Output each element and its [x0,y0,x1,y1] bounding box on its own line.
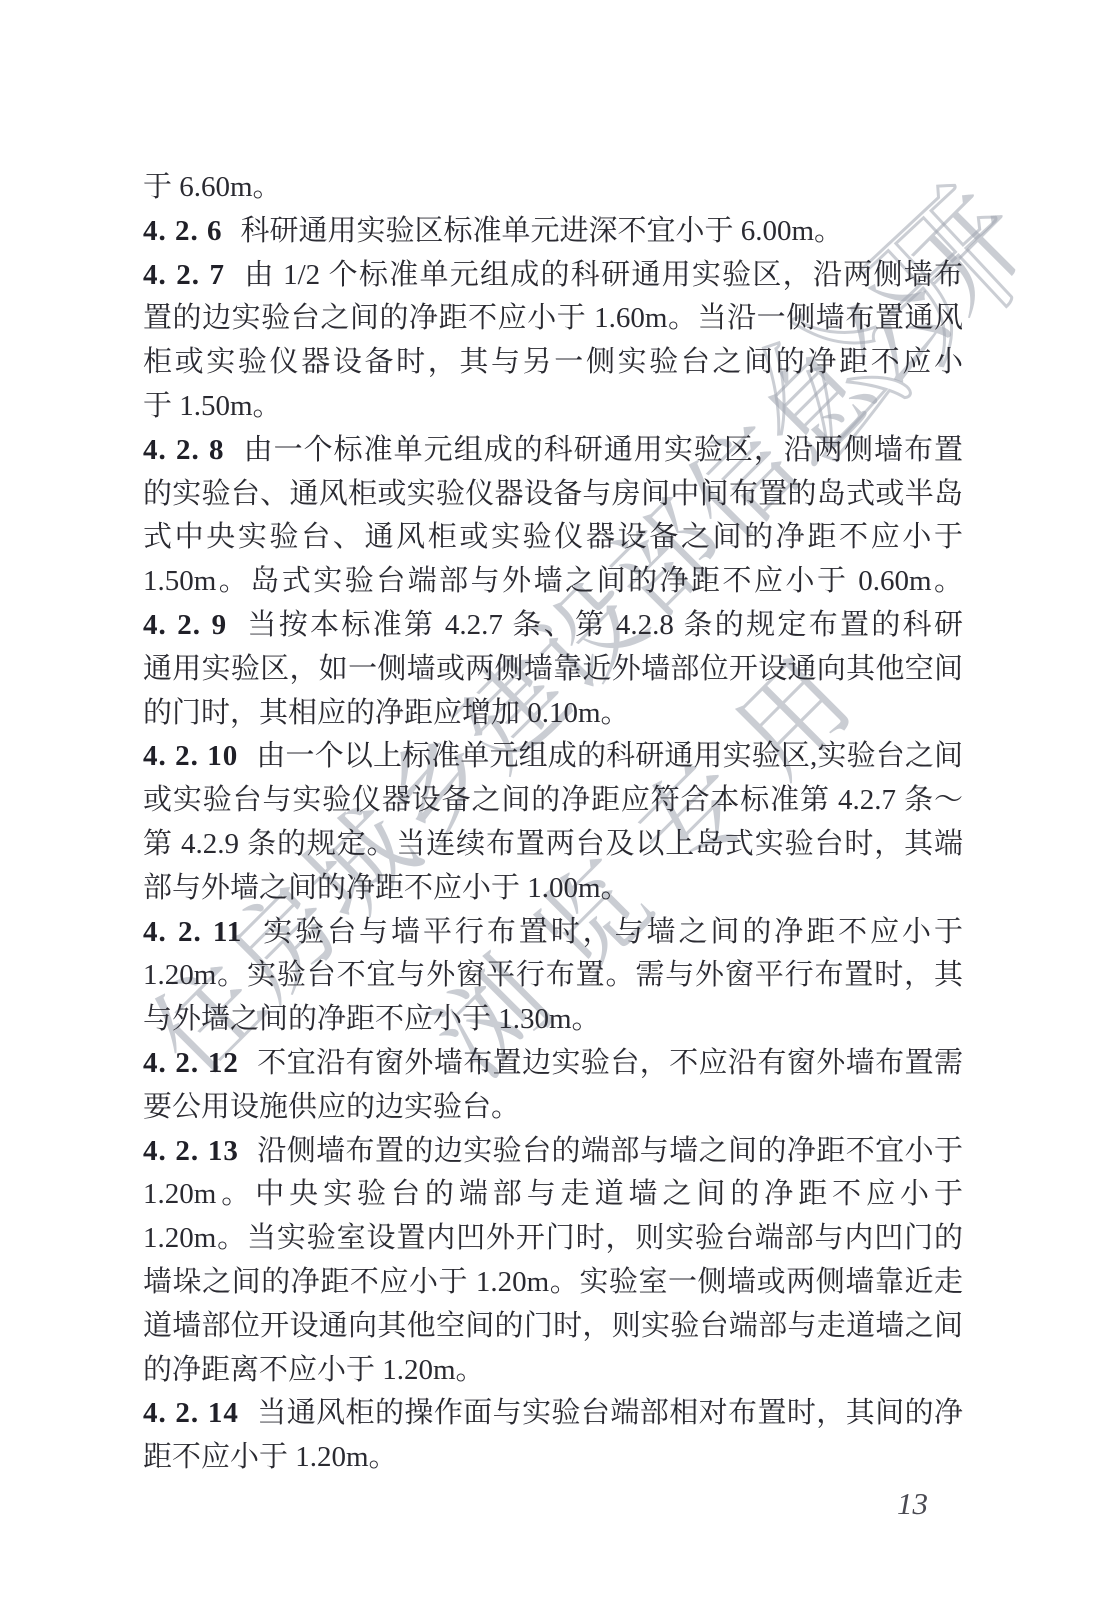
line-text: 式中央实验台、通风柜或实验仪器设备之间的净距不应小于 [143,521,963,553]
text-line: 1.20m。实验台不宜与外窗平行布置。需与外窗平行布置时，其 [143,954,963,998]
line-text: 要公用设施供应的边实验台。 [143,1091,520,1123]
line-text: 1.20m。当实验室设置内凹外开门时，则实验台端部与内凹门的 [143,1222,963,1254]
text-line: 1.20m。中央实验台的端部与走道墙之间的净距不应小于 [143,1173,963,1217]
text-line: 于 1.50m。 [143,385,963,429]
clause-line: 4. 2. 14当通风柜的操作面与实验台端部相对布置时，其间的净 [143,1392,963,1436]
text-line: 于 6.60m。 [143,166,963,210]
clause-number: 4. 2. 13 [143,1135,239,1167]
line-text: 由一个标准单元组成的科研通用实验区，沿两侧墙布置 [243,434,963,466]
text-line: 置的边实验台之间的净距不应小于 1.60m。当沿一侧墙布置通风 [143,297,963,341]
clause-line: 4. 2. 9当按本标准第 4.2.7 条、第 4.2.8 条的规定布置的科研 [143,604,963,648]
line-text: 与外墙之间的净距不应小于 1.30m。 [143,1003,601,1035]
line-text: 柜或实验仪器设备时，其与另一侧实验台之间的净距不应小 [143,346,963,378]
line-text: 于 1.50m。 [143,390,282,422]
text-line: 的门时，其相应的净距应增加 0.10m。 [143,692,963,736]
text-line: 1.20m。当实验室设置内凹外开门时，则实验台端部与内凹门的 [143,1217,963,1261]
text-line: 柜或实验仪器设备时，其与另一侧实验台之间的净距不应小 [143,341,963,385]
line-text: 当通风柜的操作面与实验台端部相对布置时，其间的净 [257,1397,963,1429]
text-line: 式中央实验台、通风柜或实验仪器设备之间的净距不应小于 [143,516,963,560]
text-line: 的实验台、通风柜或实验仪器设备与房间中间布置的岛式或半岛 [143,473,963,517]
line-text: 通用实验区，如一侧墙或两侧墙靠近外墙部位开设通向其他空间 [143,653,963,685]
clause-number: 4. 2. 10 [143,740,238,772]
clause-line: 4. 2. 13沿侧墙布置的边实验台的端部与墙之间的净距不宜小于 [143,1130,963,1174]
line-text: 部与外墙之间的净距不应小于 1.00m。 [143,872,630,904]
text-line: 距不应小于 1.20m。 [143,1436,963,1480]
line-text: 由一个以上标准单元组成的科研通用实验区,实验台之间 [256,740,963,772]
clause-line: 4. 2. 10由一个以上标准单元组成的科研通用实验区,实验台之间 [143,735,963,779]
line-text: 距不应小于 1.20m。 [143,1441,398,1473]
clause-line: 4. 2. 11实验台与墙平行布置时，与墙之间的净距不应小于 [143,911,963,955]
line-text: 1.20m。中央实验台的端部与走道墙之间的净距不应小于 [143,1178,963,1210]
line-text: 第 4.2.9 条的规定。当连续布置两台及以上岛式实验台时，其端 [143,828,963,860]
line-text: 墙垛之间的净距不应小于 1.20m。实验室一侧墙或两侧墙靠近走 [143,1266,963,1298]
line-text: 沿侧墙布置的边实验台的端部与墙之间的净距不宜小于 [257,1135,963,1167]
text-line: 要公用设施供应的边实验台。 [143,1086,963,1130]
text-line: 道墙部位开设通向其他空间的门时，则实验台端部与走道墙之间 [143,1305,963,1349]
line-text: 或实验台与实验仪器设备之间的净距应符合本标准第 4.2.7 条～ [143,784,963,816]
text-line: 第 4.2.9 条的规定。当连续布置两台及以上岛式实验台时，其端 [143,823,963,867]
line-text: 的门时，其相应的净距应增加 0.10m。 [143,697,630,729]
line-text: 1.50m。岛式实验台端部与外墙之间的净距不应小于 0.60m。 [143,565,963,597]
clause-line: 4. 2. 8由一个标准单元组成的科研通用实验区，沿两侧墙布置 [143,429,963,473]
line-text: 于 6.60m。 [143,171,282,203]
clause-number: 4. 2. 11 [143,916,242,948]
page-number: 13 [897,1486,928,1522]
clause-number: 4. 2. 6 [143,215,223,247]
text-line: 部与外墙之间的净距不应小于 1.00m。 [143,867,963,911]
document-body: 于 6.60m。4. 2. 6科研通用实验区标准单元进深不宜小于 6.00m。4… [143,166,963,1480]
document-page: 住房城乡建设部信息公开 浏览专用 公开 于 6.60m。4. 2. 6科研通用实… [0,0,1103,1598]
line-text: 实验台与墙平行布置时，与墙之间的净距不应小于 [260,916,963,948]
line-text: 由 1/2 个标准单元组成的科研通用实验区，沿两侧墙布 [243,259,963,291]
text-line: 或实验台与实验仪器设备之间的净距应符合本标准第 4.2.7 条～ [143,779,963,823]
clause-line: 4. 2. 6科研通用实验区标准单元进深不宜小于 6.00m。 [143,210,963,254]
clause-number: 4. 2. 7 [143,259,225,291]
clause-number: 4. 2. 8 [143,434,225,466]
text-line: 与外墙之间的净距不应小于 1.30m。 [143,998,963,1042]
line-text: 的实验台、通风柜或实验仪器设备与房间中间布置的岛式或半岛 [143,478,963,510]
text-line: 1.50m。岛式实验台端部与外墙之间的净距不应小于 0.60m。 [143,560,963,604]
clause-number: 4. 2. 9 [143,609,227,641]
text-line: 的净距离不应小于 1.20m。 [143,1349,963,1393]
clause-line: 4. 2. 12不宜沿有窗外墙布置边实验台，不应沿有窗外墙布置需 [143,1042,963,1086]
line-text: 不宜沿有窗外墙布置边实验台，不应沿有窗外墙布置需 [257,1047,963,1079]
text-line: 通用实验区，如一侧墙或两侧墙靠近外墙部位开设通向其他空间 [143,648,963,692]
clause-line: 4. 2. 7由 1/2 个标准单元组成的科研通用实验区，沿两侧墙布 [143,254,963,298]
line-text: 道墙部位开设通向其他空间的门时，则实验台端部与走道墙之间 [143,1310,963,1342]
clause-number: 4. 2. 12 [143,1047,239,1079]
clause-number: 4. 2. 14 [143,1397,239,1429]
line-text: 的净距离不应小于 1.20m。 [143,1354,485,1386]
line-text: 科研通用实验区标准单元进深不宜小于 6.00m。 [241,215,844,247]
line-text: 1.20m。实验台不宜与外窗平行布置。需与外窗平行布置时，其 [143,959,963,991]
line-text: 当按本标准第 4.2.7 条、第 4.2.8 条的规定布置的科研 [245,609,963,641]
line-text: 置的边实验台之间的净距不应小于 1.60m。当沿一侧墙布置通风 [143,302,963,334]
text-line: 墙垛之间的净距不应小于 1.20m。实验室一侧墙或两侧墙靠近走 [143,1261,963,1305]
